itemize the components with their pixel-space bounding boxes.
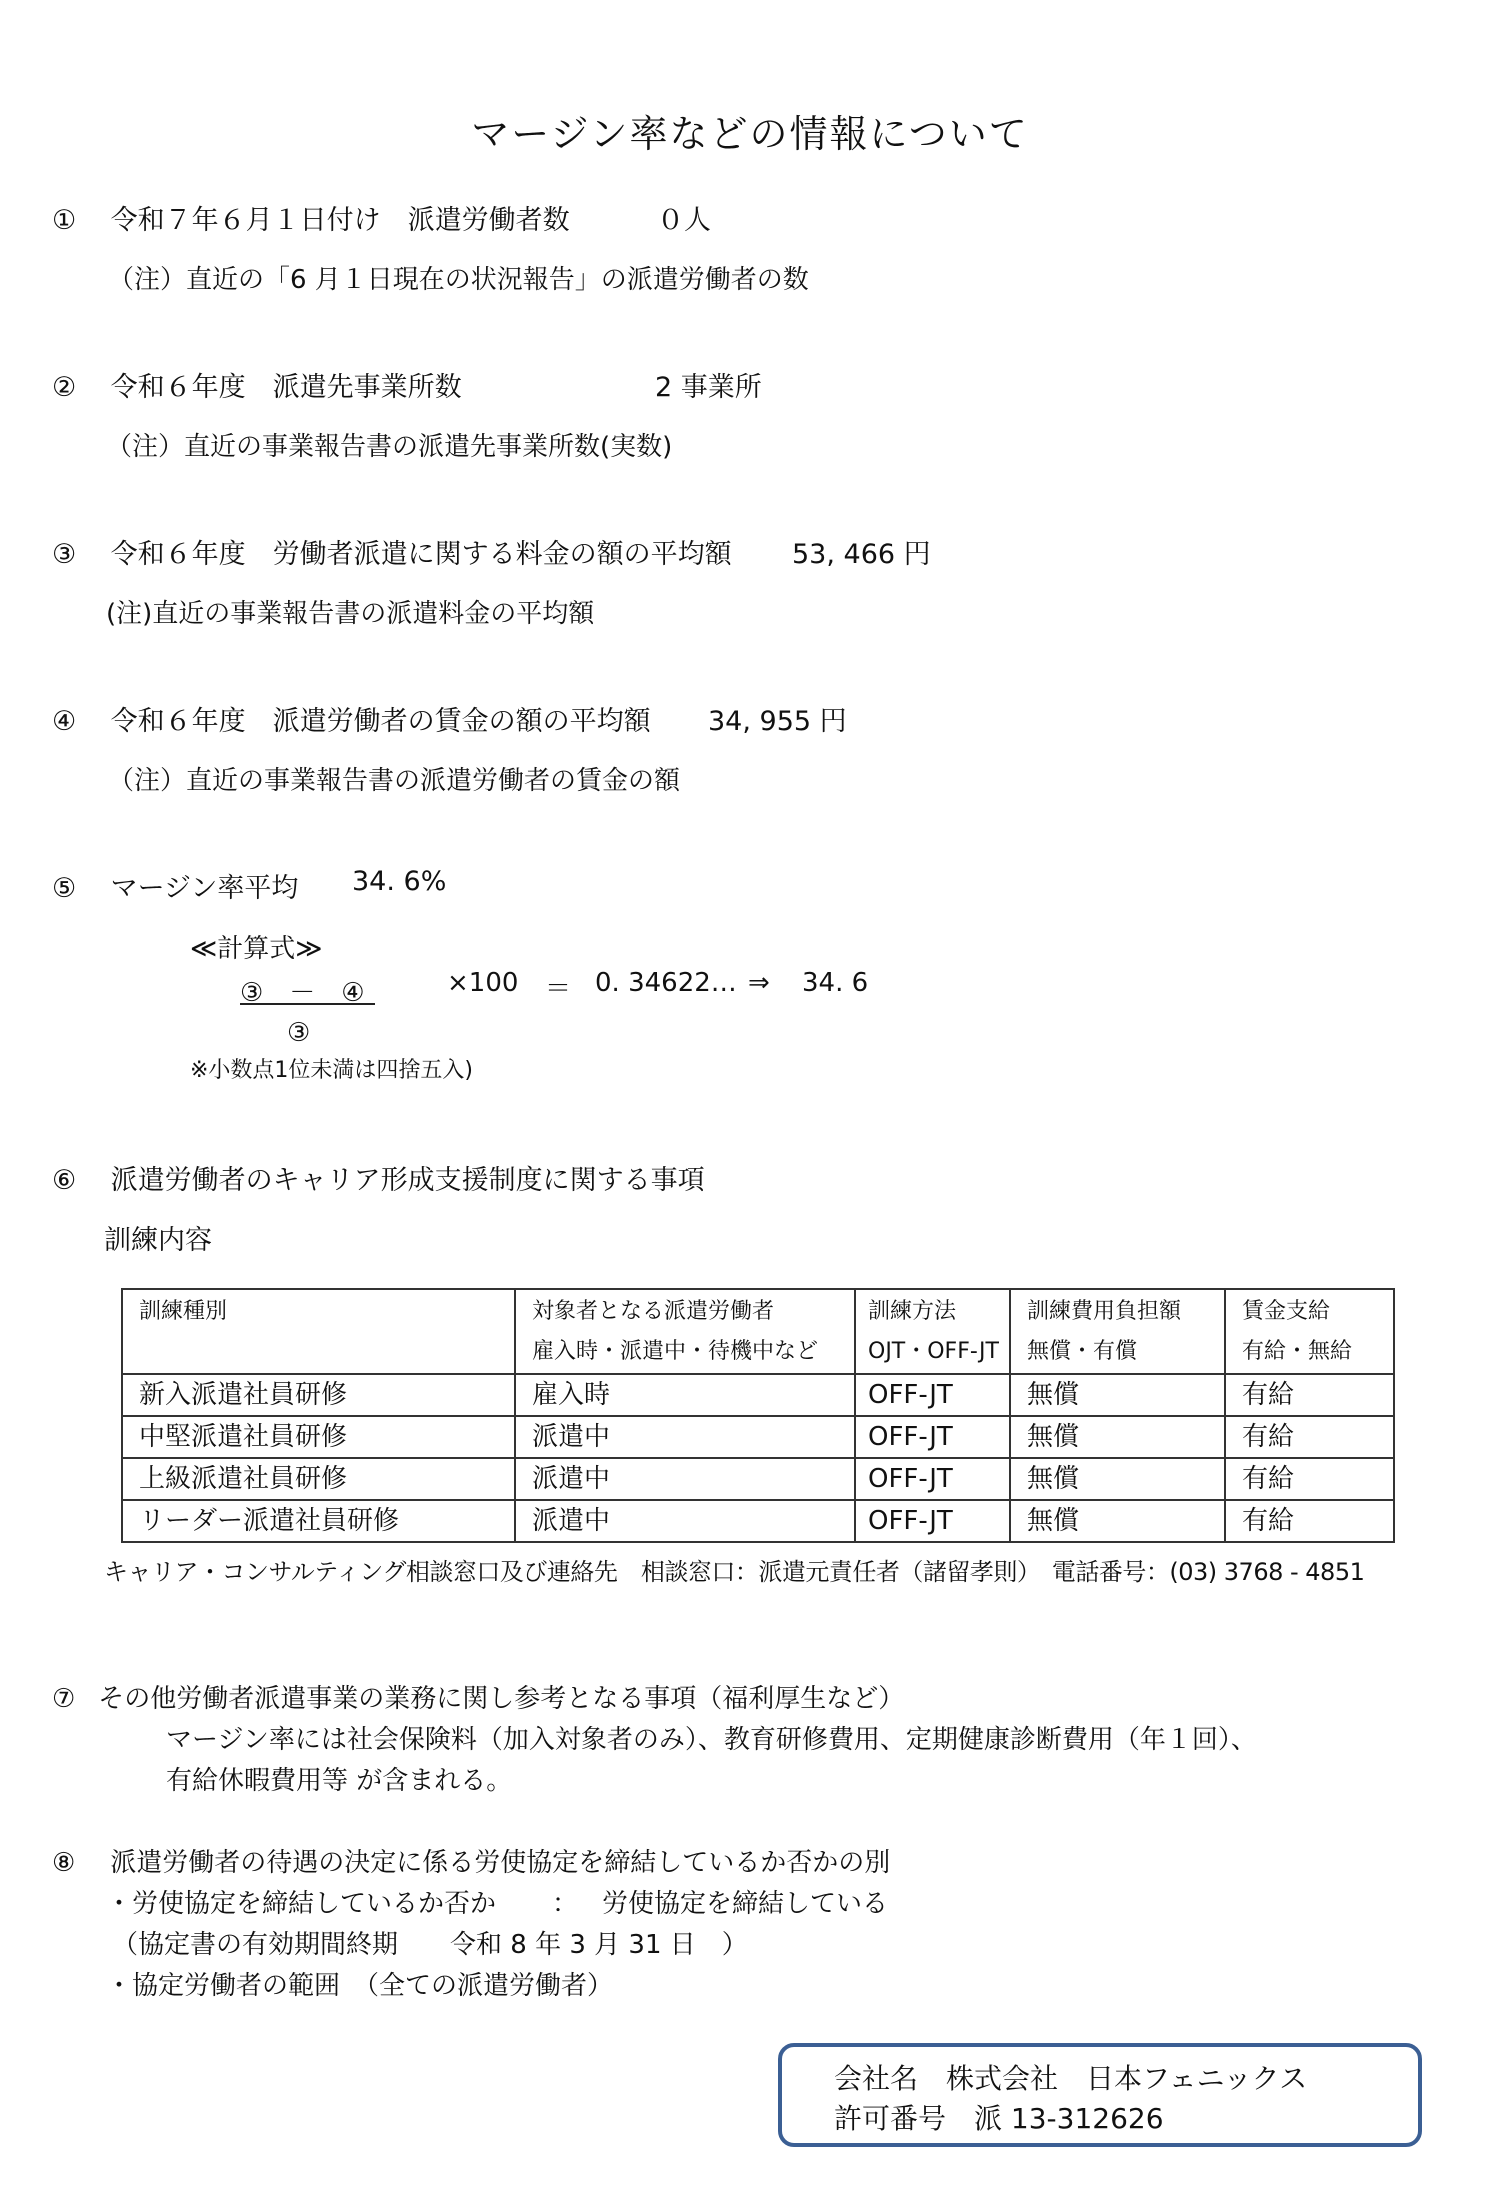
cell-cost: 無償 bbox=[1010, 1458, 1225, 1500]
formula-multiplier: ×100 bbox=[447, 968, 518, 998]
agreement-status-separator: ： bbox=[552, 1883, 578, 1920]
item-5-heading: ⑤ マージン率平均 bbox=[52, 866, 298, 905]
license-number: 許可番号 派 13-312626 bbox=[834, 2097, 1164, 2137]
agreement-scope: ・協定労働者の範囲 （全ての派遣労働者） bbox=[106, 1965, 613, 2002]
cell-target: 派遣中 bbox=[515, 1458, 855, 1500]
item-3-heading: ③ 令和６年度 労働者派遣に関する料金の額の平均額 bbox=[52, 532, 732, 571]
item-number: ⑧ bbox=[52, 1848, 86, 1878]
cell-target: 派遣中 bbox=[515, 1500, 855, 1542]
section-7-line-2: 有給休暇費用等 が含まれる。 bbox=[166, 1760, 512, 1797]
page-title: マージン率などの情報について bbox=[0, 103, 1500, 158]
item-4-heading: ④ 令和６年度 派遣労働者の賃金の額の平均額 bbox=[52, 699, 651, 738]
item-5-text: マージン率平均 bbox=[111, 873, 299, 904]
company-name: 会社名 株式会社 日本フェニックス bbox=[834, 2057, 1307, 2097]
table-row: 中堅派遣社員研修 派遣中 OFF-JT 無償 有給 bbox=[122, 1416, 1394, 1458]
cell-method: OFF-JT bbox=[855, 1416, 1010, 1458]
section-7-heading: ⑦ その他労働者派遣事業の業務に関し参考となる事項（福利厚生など） bbox=[52, 1678, 904, 1715]
item-2-text: 令和６年度 派遣先事業所数 bbox=[111, 372, 462, 403]
cell-training-type: 中堅派遣社員研修 bbox=[122, 1416, 515, 1458]
cell-method: OFF-JT bbox=[855, 1500, 1010, 1542]
section-6-heading: ⑥ 派遣労働者のキャリア形成支援制度に関する事項 bbox=[52, 1158, 705, 1197]
agreement-status-label: ・労使協定を締結しているか否か bbox=[106, 1883, 496, 1920]
formula-label: ≪計算式≫ bbox=[190, 928, 322, 965]
item-2-value: 2 事業所 bbox=[655, 365, 762, 404]
item-number: ④ bbox=[52, 706, 86, 737]
header-training-type: 訓練種別 bbox=[122, 1289, 515, 1374]
section-8-heading: ⑧ 派遣労働者の待遇の決定に係る労使協定を締結しているか否かの別 bbox=[52, 1842, 890, 1879]
item-4-note: （注）直近の事業報告書の派遣労働者の賃金の額 bbox=[108, 760, 680, 797]
cell-target: 雇入時 bbox=[515, 1374, 855, 1416]
item-3-note: (注)直近の事業報告書の派遣料金の平均額 bbox=[106, 593, 594, 630]
section-7-line-1: マージン率には社会保険料（加入対象者のみ）、教育研修費用、定期健康診断費用（年１… bbox=[166, 1719, 1257, 1756]
cell-cost: 無償 bbox=[1010, 1374, 1225, 1416]
item-number: ⑥ bbox=[52, 1165, 86, 1196]
cell-target: 派遣中 bbox=[515, 1416, 855, 1458]
item-1-heading: ① 令和７年６月１日付け 派遣労働者数 bbox=[52, 198, 570, 237]
item-3-text: 令和６年度 労働者派遣に関する料金の額の平均額 bbox=[111, 539, 732, 570]
item-number: ⑦ bbox=[52, 1684, 86, 1714]
section-6-text: 派遣労働者のキャリア形成支援制度に関する事項 bbox=[111, 1165, 705, 1196]
item-1-text: 令和７年６月１日付け 派遣労働者数 bbox=[111, 205, 570, 236]
header-target-workers: 対象者となる派遣労働者雇入時・派遣中・待機中など bbox=[515, 1289, 855, 1374]
cell-training-type: 上級派遣社員研修 bbox=[122, 1458, 515, 1500]
table-row: リーダー派遣社員研修 派遣中 OFF-JT 無償 有給 bbox=[122, 1500, 1394, 1542]
formula-final: 34. 6 bbox=[802, 968, 868, 998]
item-number: ① bbox=[52, 205, 86, 236]
table-row: 上級派遣社員研修 派遣中 OFF-JT 無償 有給 bbox=[122, 1458, 1394, 1500]
item-1-value: ０人 bbox=[657, 198, 711, 237]
cell-wage: 有給 bbox=[1225, 1458, 1394, 1500]
training-content-label: 訓練内容 bbox=[104, 1218, 212, 1257]
cell-wage: 有給 bbox=[1225, 1374, 1394, 1416]
formula-denominator: ③ bbox=[287, 1018, 310, 1048]
formula-arrow: ⇒ bbox=[748, 968, 770, 998]
item-2-note: （注）直近の事業報告書の派遣先事業所数(実数) bbox=[106, 426, 672, 463]
rounding-note: ※小数点1位未満は四捨五入) bbox=[190, 1053, 473, 1084]
header-cost-burden: 訓練費用負担額無償・有償 bbox=[1010, 1289, 1225, 1374]
section-8-text: 派遣労働者の待遇の決定に係る労使協定を締結しているか否かの別 bbox=[110, 1848, 890, 1878]
item-1-note: （注）直近の「6 月１日現在の状況報告」の派遣労働者の数 bbox=[108, 259, 809, 296]
training-table: 訓練種別 対象者となる派遣労働者雇入時・派遣中・待機中など 訓練方法OJT・OF… bbox=[121, 1288, 1395, 1543]
item-4-value: 34, 955 円 bbox=[708, 699, 847, 738]
cell-training-type: リーダー派遣社員研修 bbox=[122, 1500, 515, 1542]
item-number: ⑤ bbox=[52, 873, 86, 904]
career-consulting-contact: キャリア・コンサルティング相談窓口及び連絡先 相談窓口：派遣元責任者（諸留孝則）… bbox=[104, 1552, 1364, 1587]
cell-wage: 有給 bbox=[1225, 1500, 1394, 1542]
item-number: ② bbox=[52, 372, 86, 403]
cell-wage: 有給 bbox=[1225, 1416, 1394, 1458]
cell-cost: 無償 bbox=[1010, 1500, 1225, 1542]
item-5-value: 34. 6% bbox=[352, 866, 446, 897]
table-header-row: 訓練種別 対象者となる派遣労働者雇入時・派遣中・待機中など 訓練方法OJT・OF… bbox=[122, 1289, 1394, 1374]
fraction-line bbox=[240, 1003, 375, 1005]
agreement-status-value: 労使協定を締結している bbox=[602, 1883, 888, 1920]
formula-equals: ＝ bbox=[545, 968, 571, 1005]
header-wage-payment: 賃金支給有給・無給 bbox=[1225, 1289, 1394, 1374]
item-3-value: 53, 466 円 bbox=[792, 532, 931, 571]
company-info-box: 会社名 株式会社 日本フェニックス 許可番号 派 13-312626 bbox=[778, 2043, 1422, 2147]
agreement-validity: （協定書の有効期間終期 令和 8 年 3 月 31 日 ） bbox=[112, 1924, 748, 1961]
item-4-text: 令和６年度 派遣労働者の賃金の額の平均額 bbox=[111, 706, 651, 737]
cell-method: OFF-JT bbox=[855, 1374, 1010, 1416]
cell-cost: 無償 bbox=[1010, 1416, 1225, 1458]
table-row: 新入派遣社員研修 雇入時 OFF-JT 無償 有給 bbox=[122, 1374, 1394, 1416]
item-number: ③ bbox=[52, 539, 86, 570]
cell-method: OFF-JT bbox=[855, 1458, 1010, 1500]
cell-training-type: 新入派遣社員研修 bbox=[122, 1374, 515, 1416]
section-7-text: その他労働者派遣事業の業務に関し参考となる事項（福利厚生など） bbox=[98, 1684, 904, 1714]
formula-result: 0. 34622… bbox=[595, 968, 737, 998]
item-2-heading: ② 令和６年度 派遣先事業所数 bbox=[52, 365, 462, 404]
header-training-method: 訓練方法OJT・OFF-JT bbox=[855, 1289, 1010, 1374]
